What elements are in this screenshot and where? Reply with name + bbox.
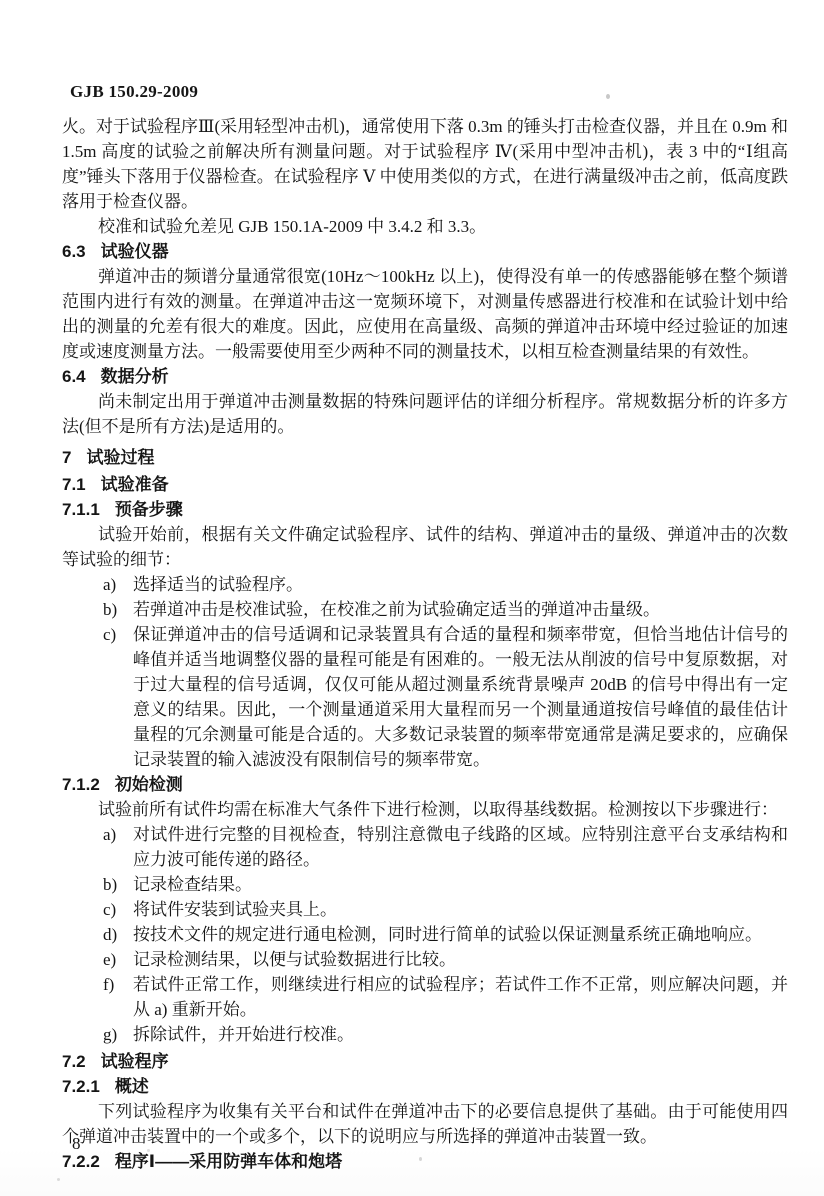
section-heading-7-2: 7.2试验程序 xyxy=(62,1049,788,1074)
section-title: 试验仪器 xyxy=(101,242,169,261)
section-heading-7-1-1: 7.1.1预备步骤 xyxy=(62,497,788,522)
section-number: 6.4 xyxy=(62,364,86,389)
list-marker: c) xyxy=(103,897,116,922)
list-item: e)记录检测结果，以便与试验数据进行比较。 xyxy=(62,947,788,972)
list-item: a)选择适当的试验程序。 xyxy=(62,572,788,597)
list-item: a)对试件进行完整的目视检查，特别注意微电子线路的区域。应特别注意平台支承结构和… xyxy=(62,822,788,872)
section-heading-6-4: 6.4数据分析 xyxy=(62,364,788,389)
section-heading-7-1: 7.1试验准备 xyxy=(62,472,788,497)
list-marker: a) xyxy=(103,572,116,597)
list-text: 将试件安装到试验夹具上。 xyxy=(133,900,337,919)
list-text: 按技术文件的规定进行通电检测，同时进行简单的试验以保证测量系统正确地响应。 xyxy=(133,925,762,944)
section-title: 试验程序 xyxy=(101,1052,169,1071)
list-marker: e) xyxy=(103,947,116,972)
list-text: 若弹道冲击是校准试验，在校准之前为试验确定适当的弹道冲击量级。 xyxy=(133,600,660,619)
list-text: 对试件进行完整的目视检查，特别注意微电子线路的区域。应特别注意平台支承结构和应力… xyxy=(133,825,788,869)
section-title: 初始检测 xyxy=(115,775,183,794)
section-heading-7-1-2: 7.1.2初始检测 xyxy=(62,772,788,797)
scan-speck xyxy=(606,94,610,99)
list-text: 选择适当的试验程序。 xyxy=(133,575,303,594)
list-text: 拆除试件，并开始进行校准。 xyxy=(133,1025,354,1044)
list-item: c)保证弹道冲击的信号适调和记录装置具有合适的量程和频率带宽，但恰当地估计信号的… xyxy=(62,622,788,772)
chapter-number: 7 xyxy=(62,445,71,470)
scan-speck xyxy=(147,1149,150,1152)
list-marker: a) xyxy=(103,822,116,847)
section-title: 程序Ⅰ——采用防弹车体和炮塔 xyxy=(115,1152,342,1171)
scan-speck xyxy=(419,1157,422,1161)
section-number: 6.3 xyxy=(62,239,86,264)
document-page: GJB 150.29-2009 火。对于试验程序Ⅲ(采用轻型冲击机)，通常使用下… xyxy=(0,0,824,1196)
list-item: f)若试件正常工作，则继续进行相应的试验程序；若试件工作不正常，则应解决问题，并… xyxy=(62,972,788,1022)
list-text: 记录检查结果。 xyxy=(133,875,252,894)
paragraph-7-2-1: 下列试验程序为收集有关平台和试件在弹道冲击下的必要信息提供了基础。由于可能使用四… xyxy=(62,1099,788,1149)
list-item: b)记录检查结果。 xyxy=(62,872,788,897)
list-text: 若试件正常工作，则继续进行相应的试验程序；若试件工作不正常，则应解决问题，并从 … xyxy=(133,975,788,1019)
section-title: 概述 xyxy=(115,1077,149,1096)
list-marker: b) xyxy=(103,597,117,622)
paragraph-6-4: 尚未制定出用于弹道冲击测量数据的特殊问题评估的详细分析程序。常规数据分析的许多方… xyxy=(62,389,788,439)
scan-speck xyxy=(57,1178,60,1181)
list-item: d)按技术文件的规定进行通电检测，同时进行简单的试验以保证测量系统正确地响应。 xyxy=(62,922,788,947)
section-title: 预备步骤 xyxy=(115,500,183,519)
section-title: 数据分析 xyxy=(101,367,169,386)
list-marker: f) xyxy=(103,972,114,997)
paragraph-7-1-2: 试验前所有试件均需在标准大气条件下进行检测，以取得基线数据。检测按以下步骤进行： xyxy=(62,797,788,822)
list-item: g)拆除试件，并开始进行校准。 xyxy=(62,1022,788,1047)
document-code-header: GJB 150.29-2009 xyxy=(70,82,198,102)
list-marker: b) xyxy=(103,872,117,897)
section-heading-6-3: 6.3试验仪器 xyxy=(62,239,788,264)
section-title: 试验准备 xyxy=(101,475,169,494)
section-number: 7.1 xyxy=(62,472,86,497)
paragraph-tolerance: 校准和试验允差见 GJB 150.1A-2009 中 3.4.2 和 3.3。 xyxy=(62,214,788,239)
paragraph-7-1-1: 试验开始前，根据有关文件确定试验程序、试件的结构、弹道冲击的量级、弹道冲击的次数… xyxy=(62,522,788,572)
list-marker: d) xyxy=(103,922,117,947)
section-heading-7-2-1: 7.2.1概述 xyxy=(62,1074,788,1099)
section-number: 7.1.1 xyxy=(62,497,100,522)
list-item: b)若弹道冲击是校准试验，在校准之前为试验确定适当的弹道冲击量级。 xyxy=(62,597,788,622)
page-number: 8 xyxy=(72,1134,81,1154)
paragraph-6-3: 弹道冲击的频谱分量通常很宽(10Hz～100kHz 以上)，使得没有单一的传感器… xyxy=(62,264,788,364)
list-text: 保证弹道冲击的信号适调和记录装置具有合适的量程和频率带宽，但恰当地估计信号的峰值… xyxy=(133,625,788,769)
section-number: 7.2.2 xyxy=(62,1149,100,1174)
chapter-title: 试验过程 xyxy=(86,448,154,467)
list-marker: c) xyxy=(103,622,116,647)
section-heading-7-2-2: 7.2.2程序Ⅰ——采用防弹车体和炮塔 xyxy=(62,1149,788,1174)
list-item: c)将试件安装到试验夹具上。 xyxy=(62,897,788,922)
section-number: 7.2 xyxy=(62,1049,86,1074)
list-text: 记录检测结果，以便与试验数据进行比较。 xyxy=(133,950,456,969)
chapter-heading-7: 7试验过程 xyxy=(62,445,788,470)
section-number: 7.1.2 xyxy=(62,772,100,797)
section-number: 7.2.1 xyxy=(62,1074,100,1099)
page-body: 火。对于试验程序Ⅲ(采用轻型冲击机)，通常使用下落 0.3m 的锤头打击检查仪器… xyxy=(62,114,788,1174)
list-marker: g) xyxy=(103,1022,117,1047)
paragraph-continuation: 火。对于试验程序Ⅲ(采用轻型冲击机)，通常使用下落 0.3m 的锤头打击检查仪器… xyxy=(62,114,788,214)
